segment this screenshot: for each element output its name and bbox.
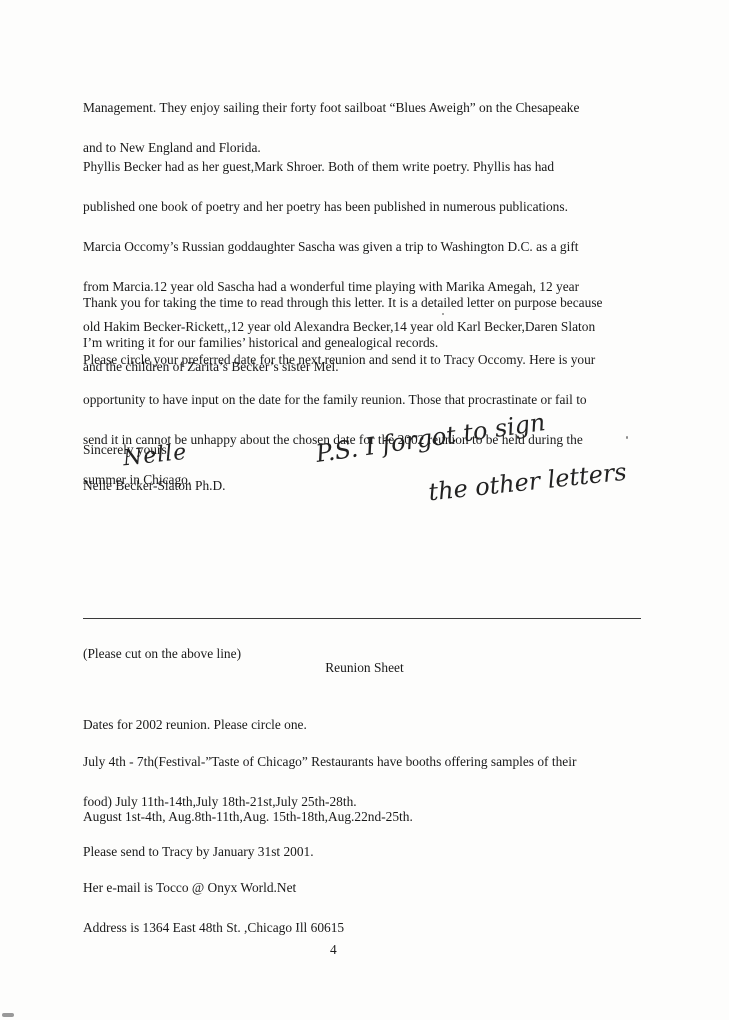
reunion-sheet-title: Reunion Sheet (0, 660, 729, 676)
text-line: Please circle your preferred date for th… (83, 350, 658, 370)
signature-block: Sincerely yours, Nelle Nelle Becker-Slat… (83, 440, 226, 496)
text-line: Marcia Occomy’s Russian goddaughter Sasc… (83, 237, 658, 257)
scan-speck (296, 930, 298, 932)
email-line: Her e-mail is Tocco @ Onyx World.Net (83, 878, 658, 898)
scan-speck (442, 313, 444, 315)
scan-speck (2, 1013, 14, 1017)
scan-speck (626, 436, 628, 439)
text-line: July 4th - 7th(Festival-”Taste of Chicag… (83, 752, 658, 772)
text-line: published one book of poetry and her poe… (83, 197, 658, 217)
handwritten-signature: Nelle (122, 443, 188, 470)
text-line: Phyllis Becker had as her guest,Mark Shr… (83, 157, 658, 177)
text-line: Management. They enjoy sailing their for… (83, 98, 658, 118)
contact-info: Her e-mail is Tocco @ Onyx World.Net Add… (83, 858, 658, 958)
text-line: Thank you for taking the time to read th… (83, 293, 658, 313)
printed-name: Nelle Becker-Slaton Ph.D. (83, 476, 226, 496)
letter-page: Management. They enjoy sailing their for… (0, 0, 729, 1020)
handwritten-ps-note: P.S. I forgot to sign the other letters (318, 440, 627, 496)
address-line: Address is 1364 East 48th St. ,Chicago I… (83, 918, 658, 938)
cut-line-divider (83, 618, 641, 619)
page-number: 4 (330, 942, 337, 958)
reunion-sheet-title-text: Reunion Sheet (325, 660, 403, 675)
